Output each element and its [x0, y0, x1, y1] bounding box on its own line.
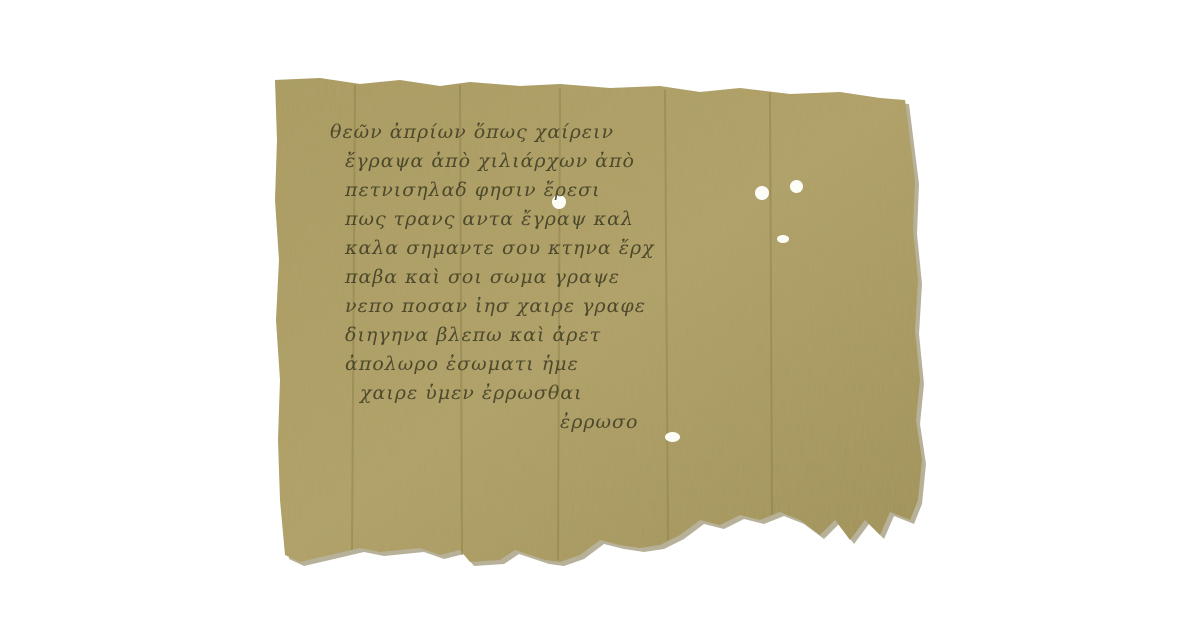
script-line: διηγηνα βλεπω καὶ ἀρετ: [330, 321, 890, 350]
greek-script: θεῶν ἀπρίων ὅπως χαίρειν ἔγραψα ἀπὸ χιλι…: [330, 118, 890, 437]
script-line: πως τρανς αντα ἔγραψ καλ: [330, 205, 890, 234]
script-line: καλα σημαντε σου κτηνα ἔρχ: [330, 234, 890, 263]
script-line: πετνισηλαδ φησιν ἔρεσι: [330, 176, 890, 205]
script-line: ἀπολωρο ἐσωματι ἡμε: [330, 350, 890, 379]
script-line: ἔγραψα ἀπὸ χιλιάρχων ἀπὸ: [330, 147, 890, 176]
script-line: νεπο ποσαν ἰησ χαιρε γραφε: [330, 292, 890, 321]
script-line: παβα καὶ σοι σωμα γραψε: [330, 263, 890, 292]
script-line: θεῶν ἀπρίων ὅπως χαίρειν: [330, 118, 890, 147]
script-line: χαιρε ὑμεν ἐρρωσθαι: [330, 379, 890, 408]
script-line: ἐρρωσο: [330, 408, 890, 437]
